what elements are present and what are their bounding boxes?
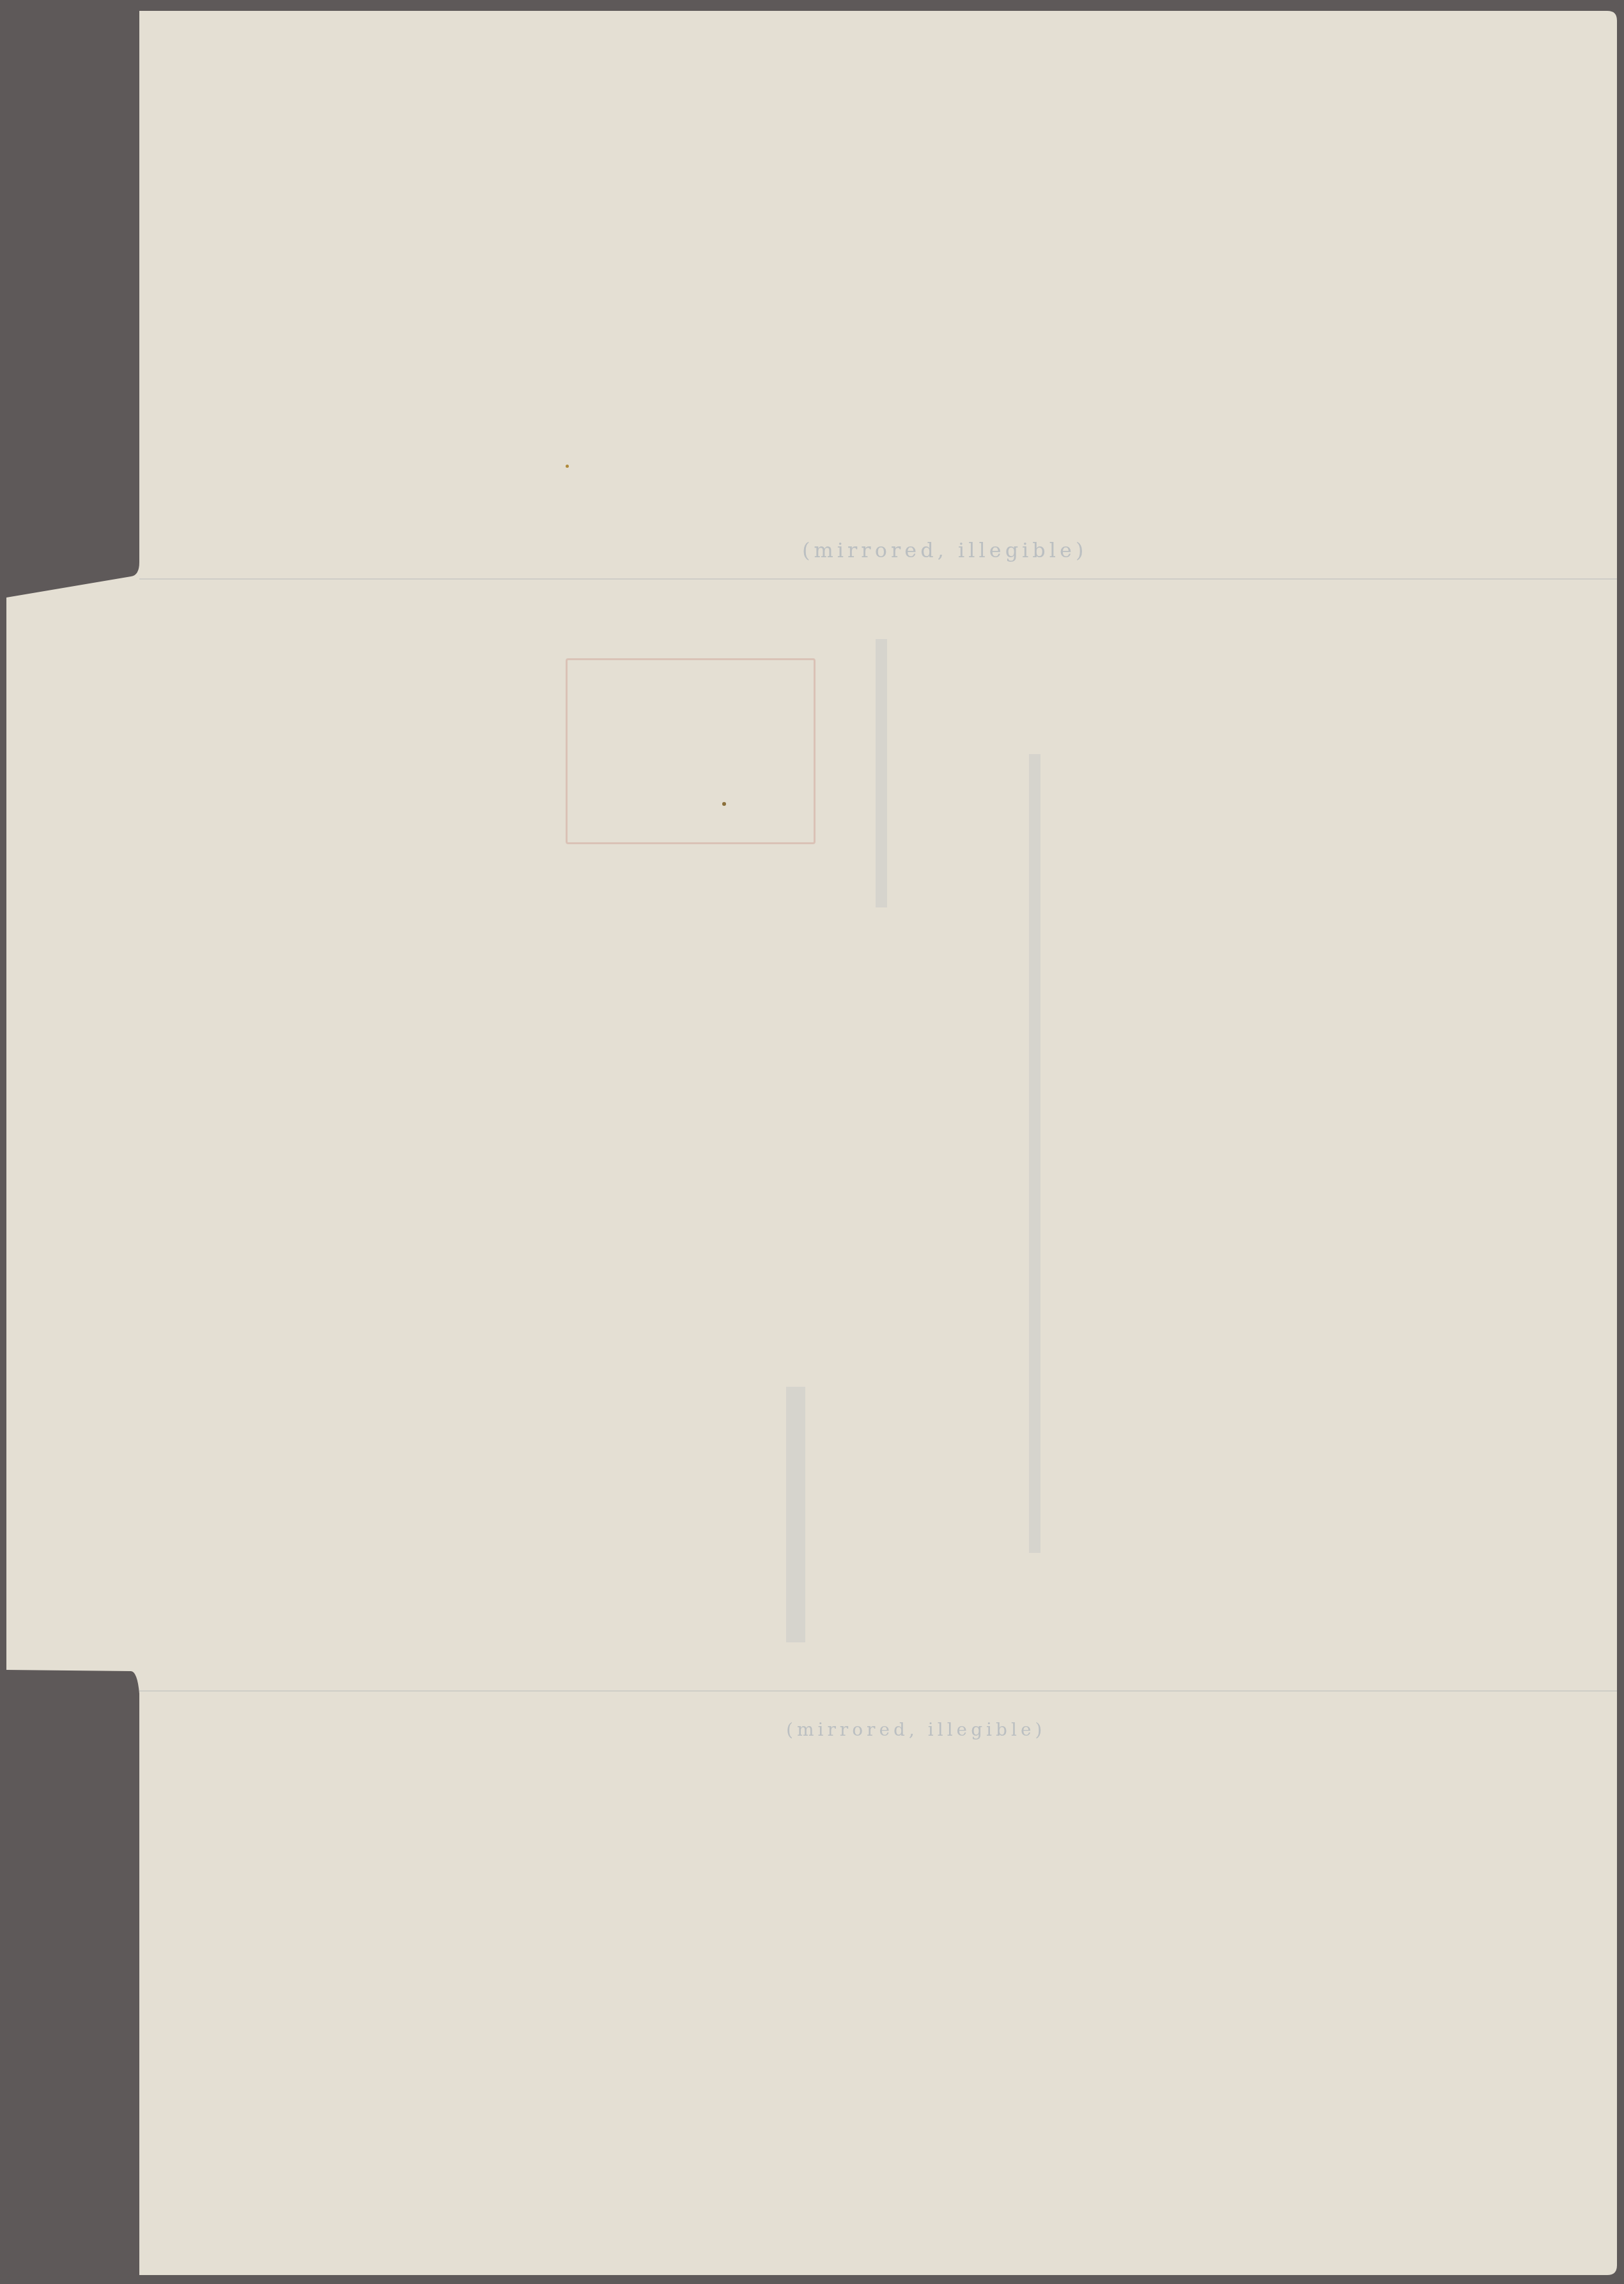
show-through-column (1029, 754, 1040, 1553)
show-through-column (876, 639, 887, 907)
faded-stamp (566, 658, 816, 844)
show-through-text-bottom: (mirrored, illegible) (786, 1719, 1046, 1740)
show-through-column (786, 1387, 805, 1642)
paper-spot (566, 465, 569, 468)
paper-sheet (0, 0, 1624, 2284)
paper-spot (722, 802, 726, 806)
fold-line-bottom (139, 1690, 1617, 1692)
show-through-text-top: (mirrored, illegible) (802, 538, 1087, 562)
fold-line-top (139, 578, 1617, 580)
